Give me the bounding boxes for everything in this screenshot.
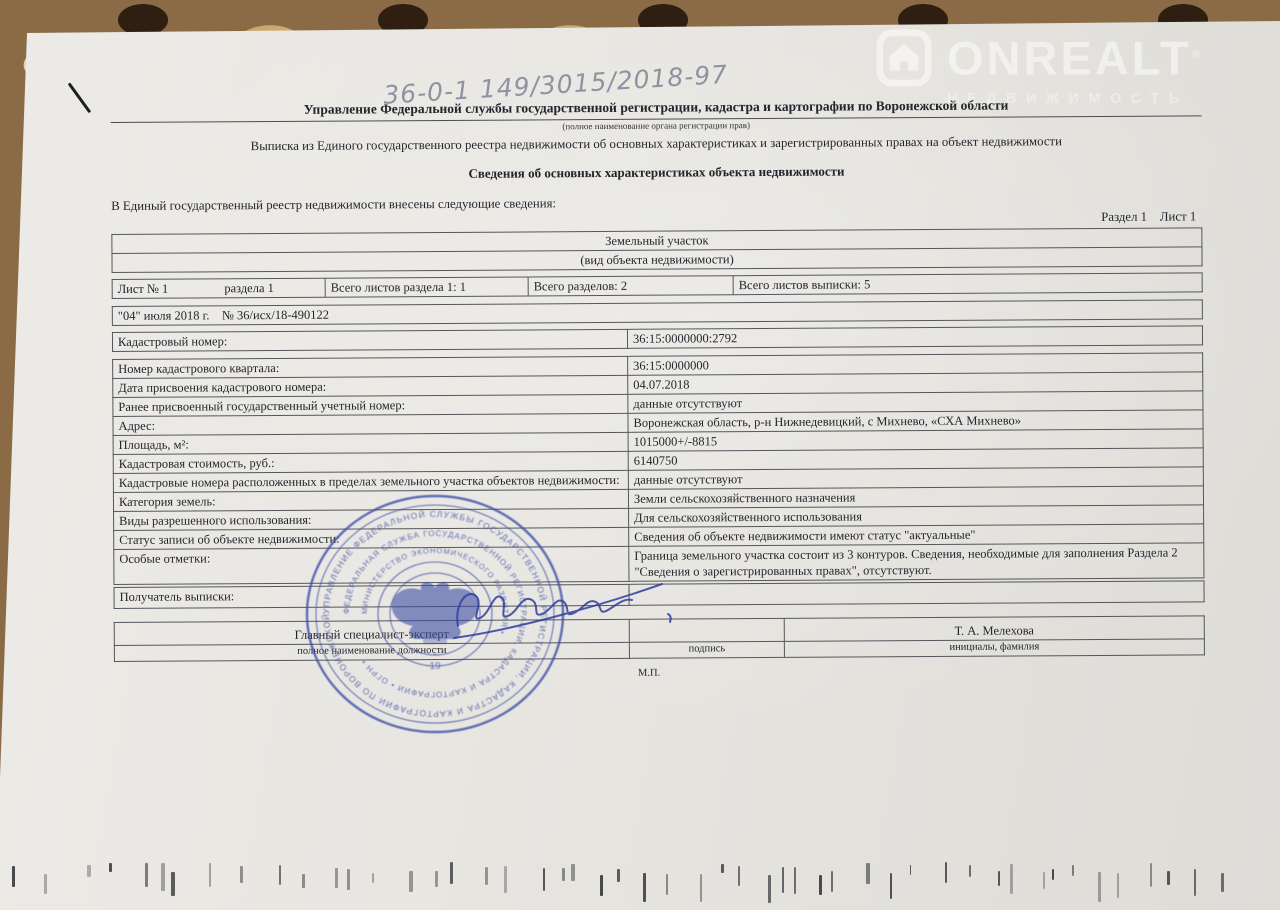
tick-mark [571,864,575,881]
tick-mark [666,874,669,895]
official-name: Т. А. Мелехова [784,616,1204,642]
tick-mark [819,875,822,895]
onrealt-watermark: ONREALT® НЕДВИЖИМОСТЬ [875,28,1201,107]
tick-mark [1117,873,1120,898]
tick-mark [700,874,702,902]
row-label: Кадастровый номер: [112,329,627,351]
table-row: Кадастровый номер: 36:15:0000000:2792 [112,326,1202,352]
pen-mark [68,83,91,114]
tick-mark [109,863,112,872]
tick-mark [450,862,452,884]
tick-mark [12,866,15,887]
tick-mark [1010,864,1012,894]
table-row: "04" июля 2018 г. № 36/исх/18-490122 [112,300,1202,326]
issue-date-table: "04" июля 2018 г. № 36/исх/18-490122 [112,299,1203,326]
registered-trademark-icon: ® [1192,47,1201,61]
sheet-no: Лист № 1 [118,281,169,297]
tick-mark [485,867,488,885]
tick-mark [890,873,892,899]
tick-mark [302,874,305,889]
tick-mark [945,862,947,883]
total-sheets-section: Всего листов раздела 1: 1 [325,277,528,297]
document-title: Выписка из Единого государственного реес… [111,133,1202,155]
tick-mark [409,871,413,892]
total-sections: Всего разделов: 2 [528,276,733,296]
tick-mark [145,863,148,887]
tick-mark [372,873,374,883]
tick-mark [600,875,603,896]
section-heading: Сведения об основных характеристиках объ… [111,161,1202,184]
sheet-number: Лист 1 [1160,209,1196,223]
stamp-center-number: 19 [429,661,441,672]
tick-mark [209,863,211,887]
table-row: Лист № 1 раздела 1 Всего листов раздела … [112,273,1202,299]
issue-date-line: "04" июля 2018 г. № 36/исх/18-490122 [112,300,1202,326]
tick-mark [504,866,507,893]
document-paper: 36-0-1 149/3015/2018-97 Управление Федер… [0,0,1280,910]
tick-mark [768,875,770,903]
tick-mark [1098,872,1101,902]
issue-date: "04" июля 2018 г. [118,308,210,323]
stamp-star: * [433,652,437,660]
sheet-info-table: Лист № 1 раздела 1 Всего листов раздела … [112,272,1203,299]
tick-mark [543,868,545,891]
tick-mark [1194,869,1196,896]
tick-mark [44,874,48,894]
tick-mark [1072,865,1074,876]
tick-mark [617,869,619,882]
tick-mark [969,865,971,877]
object-type-table: Земельный участок (вид объекта недвижимо… [111,227,1202,273]
tick-mark [171,872,174,896]
issue-number: № 36/исх/18-490122 [222,308,329,323]
tick-mark [721,864,724,873]
tick-mark [1221,873,1225,893]
tick-mark [335,868,338,889]
tick-mark [347,869,350,890]
tick-mark [1167,871,1170,885]
total-sheets-statement: Всего листов выписки: 5 [733,273,1202,295]
tick-mark [794,867,796,894]
tick-mark [738,866,740,886]
name-caption: инициалы, фамилия [784,639,1204,658]
official-signature [450,556,722,648]
tick-mark [279,865,282,885]
cadastral-number-table: Кадастровый номер: 36:15:0000000:2792 [112,325,1203,352]
tick-mark [1043,872,1045,890]
brand-subtitle: НЕДВИЖИМОСТЬ [947,91,1201,107]
row-value: 36:15:0000000:2792 [627,326,1202,349]
tick-mark [161,863,164,891]
details-table: Номер кадастрового квартала: 36:15:00000… [112,352,1204,585]
tick-mark [910,865,912,875]
tick-mark [1150,863,1152,887]
tick-mark [831,871,833,892]
tick-mark [782,867,784,893]
photo-of-document: { "watermark": { "brand": "ONREALT", "re… [0,0,1280,910]
tick-mark [87,865,91,878]
tick-mark [998,871,1000,886]
house-icon [875,28,933,90]
tick-mark [435,871,438,888]
seal-placeholder: М.П. [638,664,1205,678]
section-no: раздела 1 [224,280,274,296]
brand-name: ONREALT® [947,28,1201,85]
sheet-info-cell: Лист № 1 раздела 1 [112,278,325,298]
tick-mark [866,863,870,884]
tick-mark [643,873,646,902]
tick-mark [562,868,565,881]
section-number: Раздел 1 [1101,210,1147,224]
tick-mark [240,866,243,882]
tick-mark [1052,869,1054,880]
